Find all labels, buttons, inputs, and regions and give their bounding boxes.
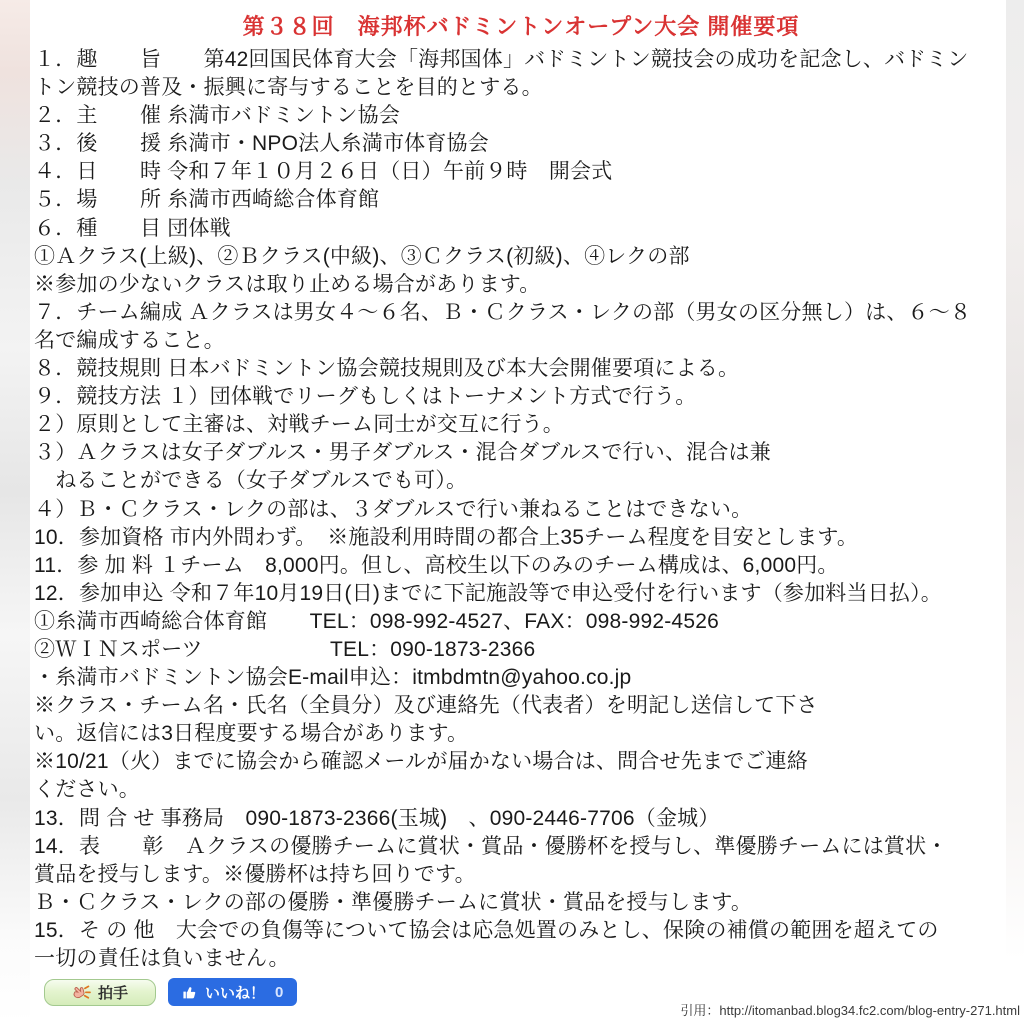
document-body: １．趣 旨 第42回国民体育大会「海邦国体」バドミントン競技会の成功を記念し、バ… (34, 46, 1008, 973)
document-line: ４．日 時 令和７年１０月２６日（日）午前９時 開会式 (34, 158, 1008, 186)
document-line: ６．種 目 団体戦 (34, 215, 1008, 243)
document-line: い。返信には3日程度要する場合があります。 (34, 720, 1008, 748)
like-button-label: いいね！ (205, 982, 265, 1003)
document-line: 13．問 合 せ 事務局 090-1873-2366(玉城) 、090-2446… (34, 805, 1008, 833)
document-line: １．趣 旨 第42回国民体育大会「海邦国体」バドミントン競技会の成功を記念し、バ… (34, 46, 1008, 74)
document-line: ※参加の少ないクラスは取り止める場合があります。 (34, 271, 1008, 299)
document-line: ねることができる（女子ダブルスでも可）。 (34, 467, 1008, 495)
document-line: ２．主 催 糸満市バドミントン協会 (34, 102, 1008, 130)
clapping-hands-icon (72, 984, 91, 1001)
clap-button-label: 拍手 (98, 982, 128, 1003)
document-line: ※10/21（火）までに協会から確認メールが届かない場合は、問合せ先までご連絡 (34, 748, 1008, 776)
thumbs-up-icon (182, 985, 197, 1000)
document-line: ５．場 所 糸満市西崎総合体育館 (34, 186, 1008, 214)
like-count: 0 (275, 984, 283, 1001)
document-line: ４）Ｂ・Ｃクラス・レクの部は、３ダブルスで行い兼ねることはできない。 (34, 496, 1008, 524)
document-line: ください。 (34, 776, 1008, 804)
document-line: ②ＷＩＮスポーツ TEL：090-1873-2366 (34, 636, 1008, 664)
clap-button[interactable]: 拍手 (44, 979, 156, 1006)
background-edge-left (0, 0, 30, 1024)
document-line: Ｂ・Ｃクラス・レクの部の優勝・準優勝チームに賞状・賞品を授与します。 (34, 889, 1008, 917)
document-line: 11．参 加 料 １チーム 8,000円。但し、高校生以下のみのチーム構成は、6… (34, 552, 1008, 580)
blog-action-buttons: 拍手 いいね！ 0 (44, 978, 297, 1006)
document-line: ３）Ａクラスは女子ダブルス・男子ダブルス・混合ダブルスで行い、混合は兼 (34, 439, 1008, 467)
document-line: ・糸満市バドミントン協会E-mail申込：itmbdmtn@yahoo.co.j… (34, 664, 1008, 692)
blog-post-page: 第３８回 海邦杯バドミントンオープン大会 開催要項 １．趣 旨 第42回国民体育… (0, 0, 1024, 1024)
like-button[interactable]: いいね！ 0 (168, 978, 297, 1006)
document-line: 15．そ の 他 大会での負傷等について協会は応急処置のみとし、保険の補償の範囲… (34, 917, 1008, 945)
document-line: 10．参加資格 市内外問わず。 ※施設利用時間の都合上35チーム程度を目安としま… (34, 524, 1008, 552)
document-line: ３．後 援 糸満市・NPO法人糸満市体育協会 (34, 130, 1008, 158)
citation-text: 引用：http://itomanbad.blog34.fc2.com/blog-… (680, 1003, 1020, 1019)
document-line: 名で編成すること。 (34, 327, 1008, 355)
document-line: ①Ａクラス(上級)、②Ｂクラス(中級)、③Ｃクラス(初級)、④レクの部 (34, 243, 1008, 271)
document-line: ※クラス・チーム名・氏名（全員分）及び連絡先（代表者）を明記し送信して下さ (34, 692, 1008, 720)
document-line: ７．チーム編成 Ａクラスは男女４〜６名、Ｂ・Ｃクラス・レクの部（男女の区分無し）… (34, 299, 1008, 327)
document-line: 賞品を授与します。※優勝杯は持ち回りです。 (34, 861, 1008, 889)
document-line: 一切の責任は負いません。 (34, 945, 1008, 973)
document-line: 12．参加申込 令和７年10月19日(日)までに下記施設等で申込受付を行います（… (34, 580, 1008, 608)
document-line: ①糸満市西崎総合体育館 TEL：098-992-4527、FAX：098-992… (34, 608, 1008, 636)
document-title: 第３８回 海邦杯バドミントンオープン大会 開催要項 (34, 12, 1008, 42)
tournament-announcement-document: 第３８回 海邦杯バドミントンオープン大会 開催要項 １．趣 旨 第42回国民体育… (34, 12, 1008, 973)
document-line: 14．表 彰 Ａクラスの優勝チームに賞状・賞品・優勝杯を授与し、準優勝チームには… (34, 833, 1008, 861)
document-line: ８．競技規則 日本バドミントン協会競技規則及び本大会開催要項による。 (34, 355, 1008, 383)
background-edge-right (1006, 0, 1024, 960)
document-line: トン競技の普及・振興に寄与することを目的とする。 (34, 74, 1008, 102)
document-line: ２）原則として主審は、対戦チーム同士が交互に行う。 (34, 411, 1008, 439)
document-line: ９．競技方法 １）団体戦でリーグもしくはトーナメント方式で行う。 (34, 383, 1008, 411)
